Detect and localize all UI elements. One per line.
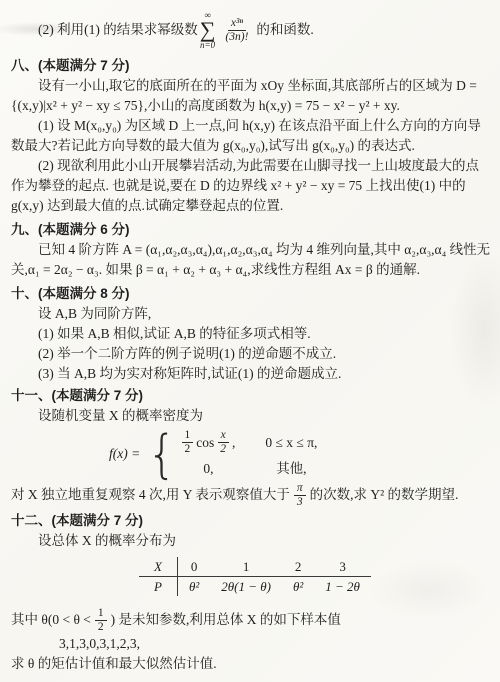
estimation-request-line: 求 θ 的矩估计值和最大似然估计值. (11, 654, 492, 674)
series-term-fraction: x³ⁿ (3n)! (222, 17, 251, 44)
fraction-denominator: 2 (95, 621, 107, 634)
theta-parameter-sentence: 其中 θ(0 < θ < 1 2 ) 是未知参数,利用总体 X 的如下样本值 (11, 606, 492, 634)
p-value-cell: θ² (282, 577, 314, 597)
problem-10-part2: (2) 举一个二阶方阵的例子说明(1) 的逆命题不成立. (11, 344, 492, 364)
case1-expression: 1 2 cos x 2 , (182, 429, 236, 456)
density-function-block: f(x) = { 1 2 cos x 2 , 0 ≤ x ≤ π, 0, 其他, (109, 429, 492, 479)
one-half-fraction: 1 2 (182, 429, 194, 456)
x-value-cell: 2 (282, 557, 314, 577)
x-value-cell: 0 (177, 557, 210, 577)
case2-condition: 其他, (276, 459, 306, 479)
table-row-x: X 0 1 2 3 (139, 557, 371, 577)
observation-sentence: 对 X 独立地重复观察 4 次,用 Y 表示观察值大于 π 3 的次数,求 Y²… (11, 481, 492, 509)
x-value-cell: 1 (210, 557, 282, 577)
case1-condition: 0 ≤ x ≤ π, (265, 433, 317, 453)
x-row-label: X (139, 557, 177, 577)
problem-8-part1: (1) 设 M(x₀,y₀) 为区域 D 上一点,问 h(x,y) 在该点沿平面… (11, 116, 492, 156)
power-series-line: (2) 利用(1) 的结果求幂级数 ∞ ∑ n=0 x³ⁿ (3n)! 的和函数… (11, 8, 492, 52)
problem-10-intro: 设 A,B 为同阶方阵, (11, 304, 492, 324)
problem-10-part3: (3) 当 A,B 均为实对称矩阵时,试证(1) 的逆命题成立. (11, 364, 492, 384)
fraction-denominator: 2 (217, 443, 229, 456)
cases-grid: 1 2 cos x 2 , 0 ≤ x ≤ π, 0, 其他, (182, 429, 318, 479)
observation-post-text: 的次数,求 Y² 的数学期望. (310, 485, 459, 505)
case1-comma: , (232, 433, 235, 453)
table-row-p: P θ² 2θ(1 − θ) θ² 1 − 2θ (139, 577, 371, 597)
p-value-cell: θ² (177, 577, 210, 597)
sum-lower-limit: n=0 (200, 40, 215, 50)
sigma-glyph: ∑ (200, 20, 216, 40)
p-value-cell: 2θ(1 − θ) (210, 577, 282, 597)
fraction-numerator: 1 (95, 607, 107, 621)
fraction-numerator: π (294, 482, 306, 496)
cos-function: cos (196, 433, 214, 453)
problem-9-body: 已知 4 阶方阵 A = (α₁,α₂,α₃,α₄),α₁,α₂,α₃,α₄ 均… (11, 240, 492, 280)
fraction-denominator: 3 (294, 496, 306, 509)
fraction-numerator: x³ⁿ (228, 17, 246, 31)
theta-pre-text: 其中 θ(0 < θ < (11, 610, 91, 630)
p-value-cell: 1 − 2θ (314, 577, 371, 597)
pi-over-three-fraction: π 3 (294, 482, 306, 509)
one-half-fraction: 1 2 (95, 607, 107, 634)
power-series-post-text: 的和函数. (256, 20, 313, 40)
problem-10-part1: (1) 如果 A,B 相似,试证 A,B 的特征多项式相等. (11, 324, 492, 344)
cases-brace: { (147, 428, 176, 480)
theta-post-text: ) 是未知参数,利用总体 X 的如下样本值 (111, 610, 341, 630)
problem-12-heading: 十二、(本题满分 7 分) (11, 511, 492, 531)
density-function-lhs: f(x) = (109, 444, 140, 464)
fraction-denominator: (3n)! (222, 31, 251, 44)
problem-8-intro: 设有一小山,取它的底面所在的平面为 xOy 坐标面,其底部所占的区域为 D = … (11, 76, 492, 116)
problem-10-heading: 十、(本题满分 8 分) (11, 284, 492, 304)
exam-page: (2) 利用(1) 的结果求幂级数 ∞ ∑ n=0 x³ⁿ (3n)! 的和函数… (0, 0, 500, 682)
fraction-numerator: x (218, 429, 229, 443)
problem-8-part2: (2) 现欲利用此小山开展攀岩活动,为此需要在山脚寻找一上山坡度最大的点作为攀登… (11, 156, 492, 216)
sample-values-line: 3,1,3,0,3,1,2,3, (11, 634, 492, 654)
x-over-two-fraction: x 2 (217, 429, 229, 456)
summation-symbol: ∞ ∑ n=0 (200, 10, 216, 50)
problem-11-heading: 十一、(本题满分 7 分) (11, 386, 492, 406)
problem-11-intro: 设随机变量 X 的概率密度为 (11, 406, 492, 426)
p-row-label: P (139, 577, 177, 597)
fraction-numerator: 1 (182, 429, 194, 443)
problem-8-heading: 八、(本题满分 7 分) (11, 56, 492, 76)
power-series-pre-text: (2) 利用(1) 的结果求幂级数 (38, 20, 198, 40)
problem-9-heading: 九、(本题满分 6 分) (11, 220, 492, 240)
distribution-table: X 0 1 2 3 P θ² 2θ(1 − θ) θ² 1 − 2θ (139, 557, 371, 596)
x-value-cell: 3 (314, 557, 371, 577)
case2-value: 0, (203, 459, 213, 479)
observation-pre-text: 对 X 独立地重复观察 4 次,用 Y 表示观察值大于 (11, 485, 290, 505)
fraction-denominator: 2 (182, 443, 194, 456)
problem-12-intro: 设总体 X 的概率分布为 (11, 531, 492, 551)
